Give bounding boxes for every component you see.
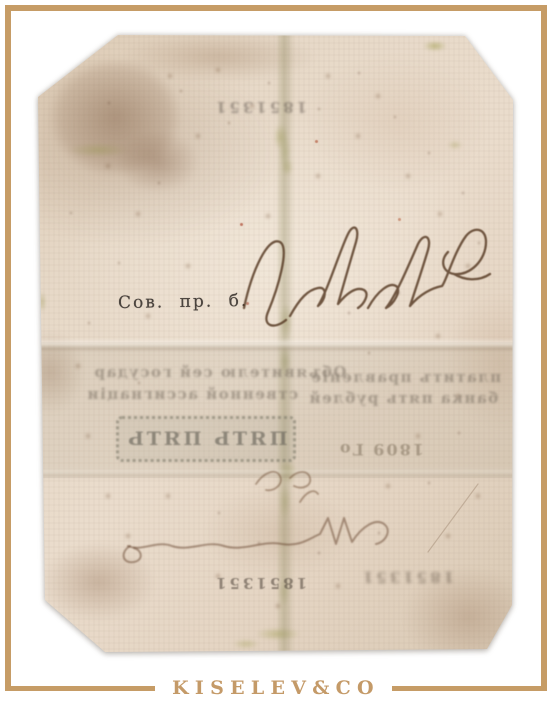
main-signature-ink [244,228,490,326]
handwriting-ink-overlay [38,32,514,656]
small-handwriting-mark [256,472,318,502]
banknote-paper: Объявителю сей государ ственной ассигнац… [38,32,514,656]
product-photo: Объявителю сей государ ственной ассигнац… [38,32,514,656]
speckle-dots-small [18,12,20,14]
frame-border-top [5,5,547,11]
frame-border-left [5,5,11,691]
paper-drop-shadow: Объявителю сей государ ственной ассигнац… [38,32,514,656]
frame-border-right [541,5,547,691]
speckle-dots-large [18,12,22,16]
faint-hairline-stroke [428,484,478,552]
brand-logo-text: KISELEV&CO [0,677,552,699]
red-ink-specks [18,12,21,15]
mirrored-signature-ink [124,518,388,562]
